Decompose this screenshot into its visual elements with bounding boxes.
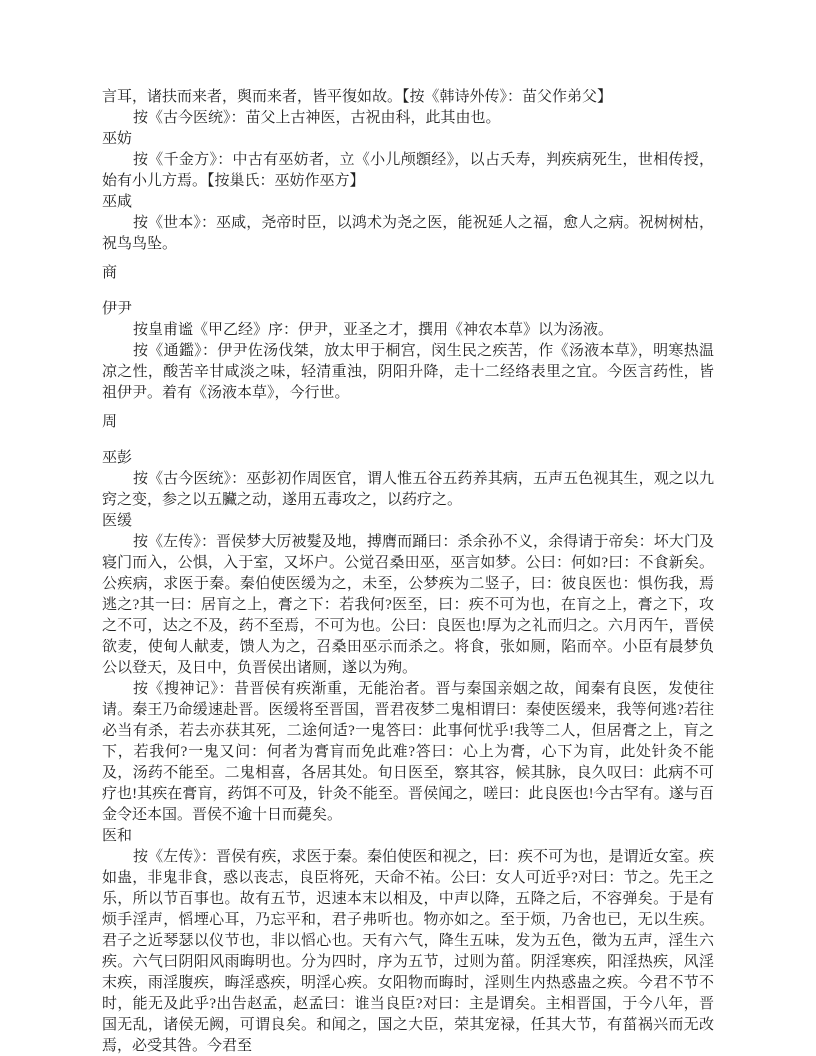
body-paragraph: 按皇甫谧《甲乙经》序：伊尹，亚圣之才，撰用《神农本草》以为汤液。 <box>102 320 714 341</box>
body-paragraph: 按《古今医统》：苗父上古神医，古祝由科，此其由也。 <box>102 108 714 129</box>
entry-heading-wu-xian: 巫咸 <box>102 192 714 213</box>
body-paragraph: 按《搜神记》：昔晋侯有疾渐重，无能治者。晋与秦国亲姻之故，闻秦有良医，发使往请。… <box>102 679 714 826</box>
document-page: 言耳，诸扶而来者，舆而来者，皆平復如故。【按《韩诗外传》：苗父作弟父】 按《古今… <box>0 0 816 1056</box>
entry-heading-yi-yin: 伊尹 <box>102 299 714 320</box>
body-paragraph: 按《千金方》：中古有巫妨者，立《小儿颅顖经》，以占夭寿，判疾病死生，世相传授，始… <box>102 150 714 192</box>
dynasty-heading-shang: 商 <box>102 263 714 284</box>
body-paragraph: 按《左传》：晋侯有疾，求医于秦。秦伯使医和视之，曰：疾不可为也，是谓近女室。疾如… <box>102 847 714 1056</box>
entry-heading-yi-he: 医和 <box>102 826 714 847</box>
paragraph-continuation: 言耳，诸扶而来者，舆而来者，皆平復如故。【按《韩诗外传》：苗父作弟父】 <box>102 87 714 108</box>
body-paragraph: 按《世本》：巫咸，尧帝时臣，以鸿术为尧之医，能祝延人之福，愈人之病。祝树树枯，祝… <box>102 213 714 255</box>
body-paragraph: 按《左传》：晋侯梦大厉被髮及地，搏膺而踊曰：杀余孙不义，余得请于帝矣：坏大门及寝… <box>102 532 714 679</box>
body-paragraph: 按《通鑑》：伊尹佐汤伐桀，放太甲于桐宫，闵生民之疾苦，作《汤液本草》，明寒热温凉… <box>102 341 714 404</box>
body-paragraph: 按《古今医统》：巫彭初作周医官，谓人惟五谷五药养其病，五声五色视其生，观之以九窍… <box>102 469 714 511</box>
entry-heading-yi-huan: 医缓 <box>102 511 714 532</box>
entry-heading-wu-peng: 巫彭 <box>102 448 714 469</box>
entry-heading-wu-fang: 巫妨 <box>102 129 714 150</box>
dynasty-heading-zhou: 周 <box>102 412 714 433</box>
